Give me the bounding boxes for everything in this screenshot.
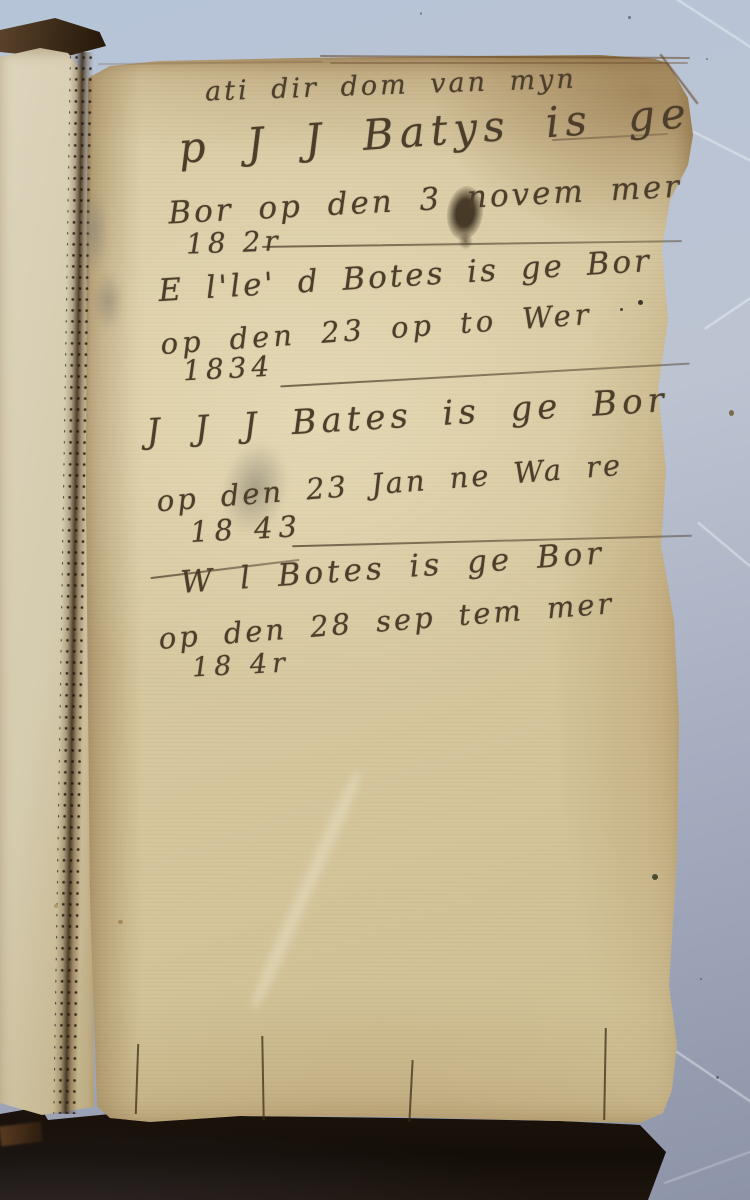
surface-crease-line bbox=[608, 0, 750, 64]
ink-blot bbox=[458, 232, 473, 250]
surface-speck bbox=[716, 1076, 719, 1079]
surface-speck bbox=[706, 58, 708, 60]
surface-speck bbox=[628, 16, 631, 19]
surface-crease-line bbox=[698, 522, 750, 600]
grey-smudge bbox=[80, 192, 108, 270]
surface-speck bbox=[420, 12, 422, 15]
surface-crease-line bbox=[664, 1043, 750, 1139]
dark-spot bbox=[638, 300, 643, 305]
grey-smudge bbox=[92, 272, 124, 330]
surface-speck bbox=[700, 978, 702, 980]
surface-speck bbox=[729, 410, 734, 416]
dark-spot bbox=[620, 308, 623, 311]
surface-crease-line bbox=[664, 1138, 750, 1184]
handwriting-line: 18 43 bbox=[189, 509, 304, 549]
page-edge-line bbox=[330, 62, 688, 64]
handwriting-line: 1834 bbox=[182, 350, 275, 388]
handwriting-line: 18 4r bbox=[191, 647, 291, 683]
surface-crease-line bbox=[693, 131, 750, 191]
handwriting-line: 18 2r bbox=[185, 224, 282, 260]
fox-spot bbox=[54, 904, 58, 908]
surface-crease-line bbox=[704, 272, 750, 329]
dark-spot bbox=[652, 874, 658, 880]
book-photo: ati dir dom van myn p J J Batys is ge Bo… bbox=[0, 0, 750, 1200]
fox-spot bbox=[118, 920, 123, 924]
